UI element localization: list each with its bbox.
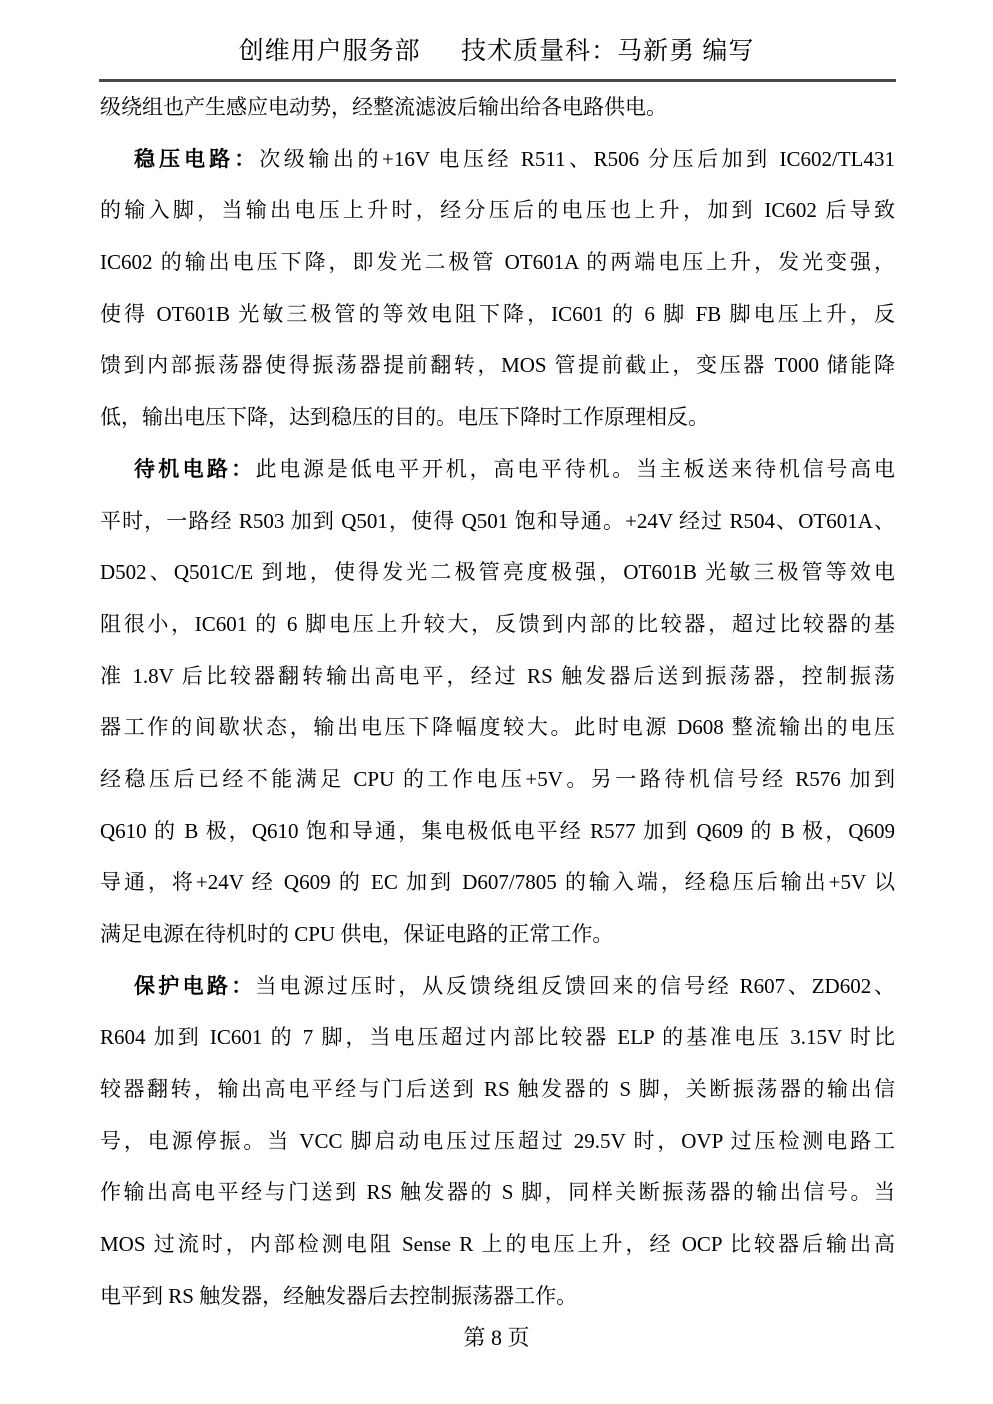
text-line: 作输出高电平经与门送到 RS 触发器的 S 脚，同样关断振荡器的输出信号。当 xyxy=(100,1167,895,1219)
text-line: IC602 的输出电压下降，即发光二极管 OT601A 的两端电压上升，发光变强… xyxy=(100,237,895,289)
paragraph: 待机电路：此电源是低电平开机，高电平待机。当主板送来待机信号高电平时，一路经 R… xyxy=(100,444,895,961)
section-title: 待机电路： xyxy=(134,457,255,481)
paragraph: 稳压电路：次级输出的+16V 电压经 R511、R506 分压后加到 IC602… xyxy=(100,134,895,444)
text-line: 保护电路：当电源过压时，从反馈绕组反馈回来的信号经 R607、ZD602、 xyxy=(100,961,895,1013)
text-line: D502、Q501C/E 到地，使得发光二极管亮度极强，OT601B 光敏三极管… xyxy=(100,547,895,599)
section-title: 保护电路： xyxy=(134,974,256,998)
text-line: MOS 过流时，内部检测电阻 Sense R 上的电压上升，经 OCP 比较器后… xyxy=(100,1219,895,1271)
text-line: 号，电源停振。当 VCC 脚启动电压过压超过 29.5V 时，OVP 过压检测电… xyxy=(100,1116,895,1168)
text-line: 经稳压后已经不能满足 CPU 的工作电压+5V。另一路待机信号经 R576 加到 xyxy=(100,754,895,806)
text-line: 准 1.8V 后比较器翻转输出高电平，经过 RS 触发器后送到振荡器，控制振荡 xyxy=(100,651,895,703)
text-line: 的输入脚，当输出电压上升时，经分压后的电压也上升，加到 IC602 后导致 xyxy=(100,185,895,237)
text-line: R604 加到 IC601 的 7 脚，当电压超过内部比较器 ELP 的基准电压… xyxy=(100,1012,895,1064)
document-body: 级绕组也产生感应电动势，经整流滤波后输出给各电路供电。稳压电路：次级输出的+16… xyxy=(100,82,895,1323)
text-line: 电平到 RS 触发器，经触发器后去控制振荡器工作。 xyxy=(100,1271,895,1323)
text-line: 馈到内部振荡器使得振荡器提前翻转，MOS 管提前截止，变压器 T000 储能降 xyxy=(100,340,895,392)
text-line: 级绕组也产生感应电动势，经整流滤波后输出给各电路供电。 xyxy=(100,82,895,134)
text-line: 待机电路：此电源是低电平开机，高电平待机。当主板送来待机信号高电 xyxy=(100,444,895,496)
text-line: 低，输出电压下降，达到稳压的目的。电压下降时工作原理相反。 xyxy=(100,392,895,444)
text-line: 满足电源在待机时的 CPU 供电，保证电路的正常工作。 xyxy=(100,909,895,961)
text-line: 使得 OT601B 光敏三极管的等效电阻下降，IC601 的 6 脚 FB 脚电… xyxy=(100,289,895,341)
document-page: 创维用户服务部 技术质量科：马新勇 编写 级绕组也产生感应电动势，经整流滤波后输… xyxy=(0,0,993,1404)
text-line: 器工作的间歇状态，输出电压下降幅度较大。此时电源 D608 整流输出的电压 xyxy=(100,702,895,754)
paragraph: 级绕组也产生感应电动势，经整流滤波后输出给各电路供电。 xyxy=(100,82,895,134)
text-line: 阻很小，IC601 的 6 脚电压上升较大，反馈到内部的比较器，超过比较器的基 xyxy=(100,599,895,651)
text-line: 平时，一路经 R503 加到 Q501，使得 Q501 饱和导通。+24V 经过… xyxy=(100,496,895,548)
paragraph: 保护电路：当电源过压时，从反馈绕组反馈回来的信号经 R607、ZD602、R60… xyxy=(100,961,895,1323)
text-line: 导通，将+24V 经 Q609 的 EC 加到 D607/7805 的输入端，经… xyxy=(100,857,895,909)
page-header: 创维用户服务部 技术质量科：马新勇 编写 xyxy=(0,34,993,70)
text-line: Q610 的 B 极，Q610 饱和导通，集电极低电平经 R577 加到 Q60… xyxy=(100,806,895,858)
text-line: 较器翻转，输出高电平经与门后送到 RS 触发器的 S 脚，关断振荡器的输出信 xyxy=(100,1064,895,1116)
section-title: 稳压电路： xyxy=(134,147,259,171)
page-number: 第 8 页 xyxy=(0,1320,993,1356)
text-line: 稳压电路：次级输出的+16V 电压经 R511、R506 分压后加到 IC602… xyxy=(100,134,895,186)
